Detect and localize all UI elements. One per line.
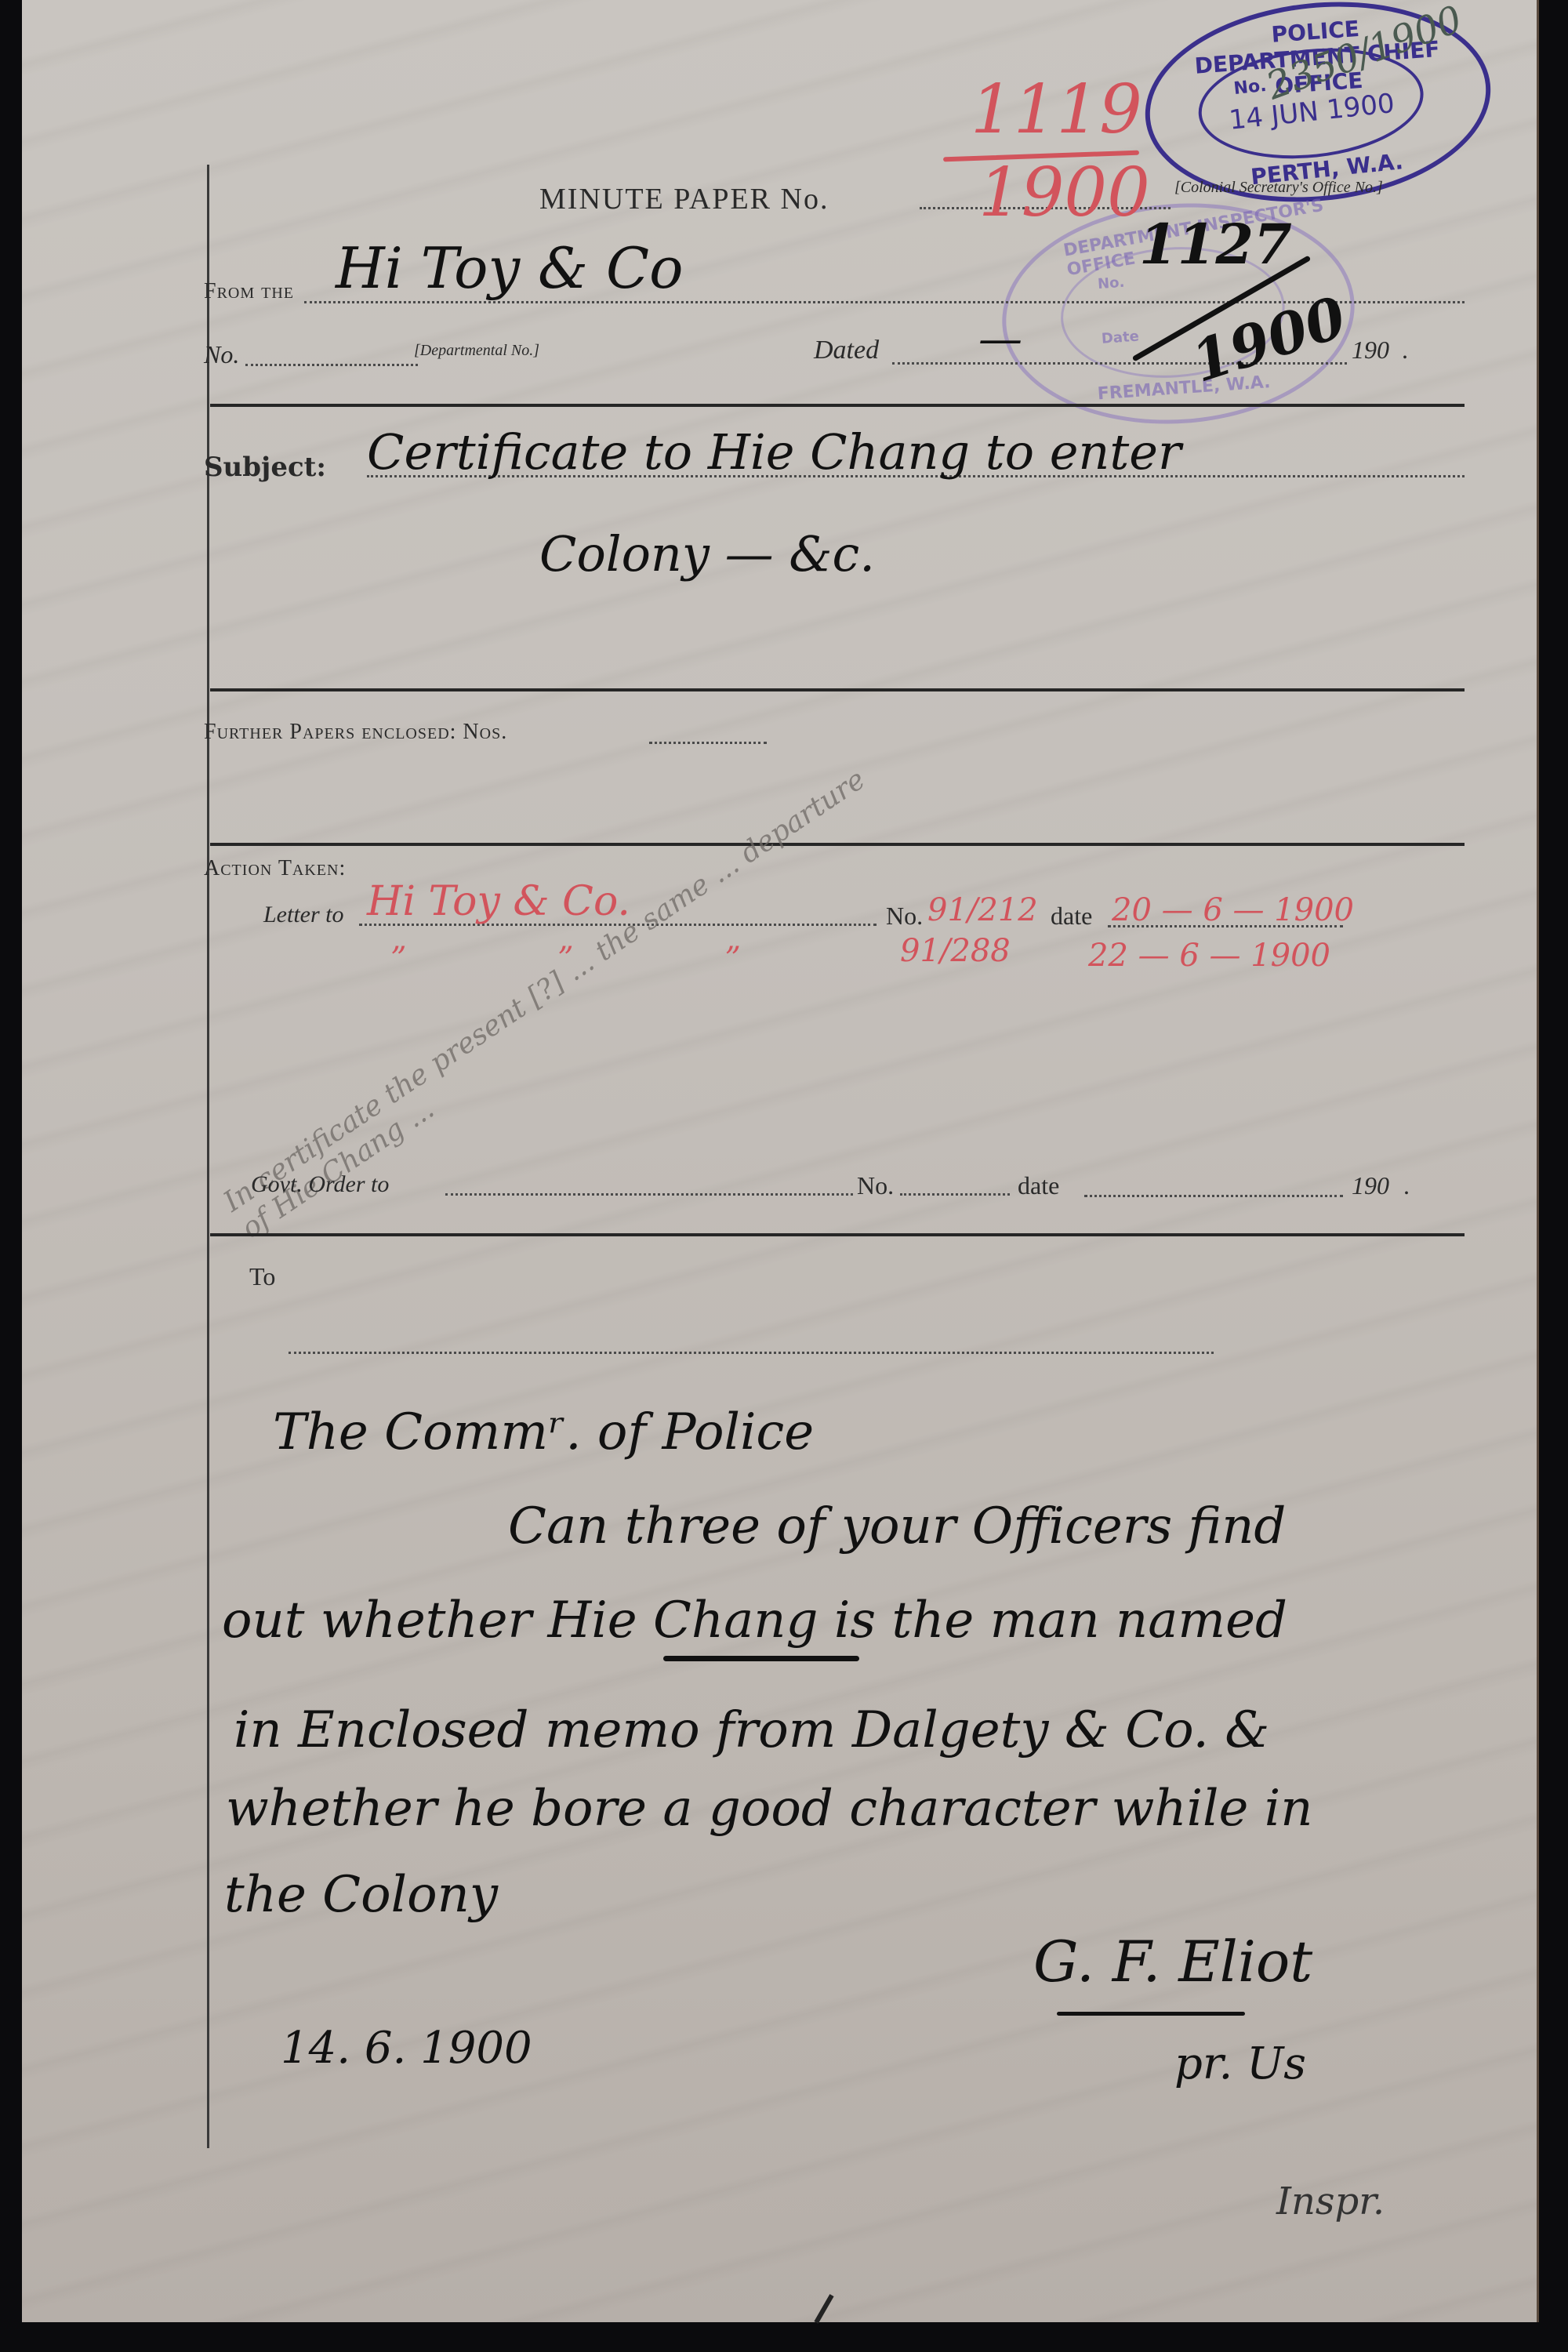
name-underline bbox=[663, 1656, 859, 1661]
memo-line-2: out whether Hie Chang is the man named bbox=[222, 1592, 1287, 1650]
memo-line-4: whether he bore a good character while i… bbox=[226, 1780, 1312, 1838]
from-value: Hi Toy & Co bbox=[336, 235, 683, 301]
no-field bbox=[245, 364, 418, 366]
signature: G. F. Eliot bbox=[1033, 1929, 1312, 1994]
memo-addressee: The Commʳ. of Police bbox=[273, 1403, 814, 1461]
stamp-no-label: No. bbox=[1232, 76, 1267, 99]
memo-line-1: Can three of your Officers find bbox=[508, 1497, 1286, 1555]
signature-underline bbox=[1057, 2012, 1245, 2016]
memo-line-3: in Enclosed memo from Dalgety & Co. & bbox=[234, 1701, 1269, 1759]
letter-date-label: date bbox=[1051, 902, 1092, 931]
subject-line-1: Certificate to Hie Chang to enter bbox=[367, 423, 1181, 481]
further-papers-field bbox=[649, 742, 767, 744]
govt-year-prefix: 190 bbox=[1352, 1171, 1389, 1200]
subject-label: Subject: bbox=[204, 452, 326, 483]
govt-no-field bbox=[900, 1193, 1010, 1196]
inspector-stamp-no-label: No. bbox=[1097, 274, 1125, 292]
minute-number: 1119 bbox=[971, 71, 1142, 149]
from-label: From the bbox=[204, 279, 294, 304]
letter-date-value-2: 22 — 6 — 1900 bbox=[1088, 938, 1330, 974]
letter-date-value-1: 20 — 6 — 1900 bbox=[1112, 892, 1354, 928]
dated-value: — bbox=[978, 314, 1022, 365]
no-label: No. bbox=[204, 340, 239, 369]
minute-year: 1900 bbox=[978, 154, 1150, 232]
dated-label: Dated bbox=[814, 336, 879, 365]
subject-line-2: Colony — &c. bbox=[539, 525, 875, 583]
divider bbox=[210, 1233, 1465, 1236]
divider bbox=[210, 404, 1465, 407]
letter-no-value-1: 91/212 bbox=[927, 892, 1038, 928]
inspector-number: 1127 bbox=[1139, 212, 1292, 277]
further-papers-label: Further Papers enclosed: Nos. bbox=[204, 720, 507, 745]
letter-to-label: Letter to bbox=[263, 902, 344, 928]
letter-to-value-1: Hi Toy & Co. bbox=[367, 878, 630, 925]
letter-no-value-2: 91/288 bbox=[900, 933, 1011, 969]
memo-date: 14. 6. 1900 bbox=[281, 2023, 532, 2074]
footer-note: Inspr. bbox=[1276, 2180, 1385, 2223]
govt-no-label: No. bbox=[857, 1171, 894, 1200]
colonial-secretary-label: [Colonial Secretary's Office No.] bbox=[1174, 179, 1383, 197]
dated-year-prefix: 190 bbox=[1352, 336, 1389, 365]
departmental-no-label: [Departmental No.] bbox=[414, 342, 539, 360]
to-field bbox=[289, 1352, 1214, 1354]
to-label: To bbox=[249, 1262, 275, 1291]
minute-paper-sheet: POLICE DEPARTMENT CHIEF OFFICE No. 14 JU… bbox=[22, 0, 1539, 2322]
page-tick-mark bbox=[814, 2294, 833, 2324]
govt-order-field bbox=[445, 1193, 853, 1196]
inspector-stamp-date-label: Date bbox=[1101, 328, 1139, 347]
letter-no-label: No. bbox=[886, 902, 923, 931]
govt-date-field bbox=[1084, 1195, 1343, 1197]
govt-date-label: date bbox=[1018, 1171, 1059, 1200]
page-title: MINUTE PAPER No. bbox=[539, 182, 829, 216]
memo-line-5: the Colony bbox=[224, 1866, 498, 1924]
divider bbox=[210, 688, 1465, 691]
govt-order-label: Govt. Order to bbox=[251, 1171, 389, 1198]
signature-suffix: pr. Us bbox=[1174, 2038, 1306, 2089]
action-taken-label: Action Taken: bbox=[204, 856, 346, 881]
